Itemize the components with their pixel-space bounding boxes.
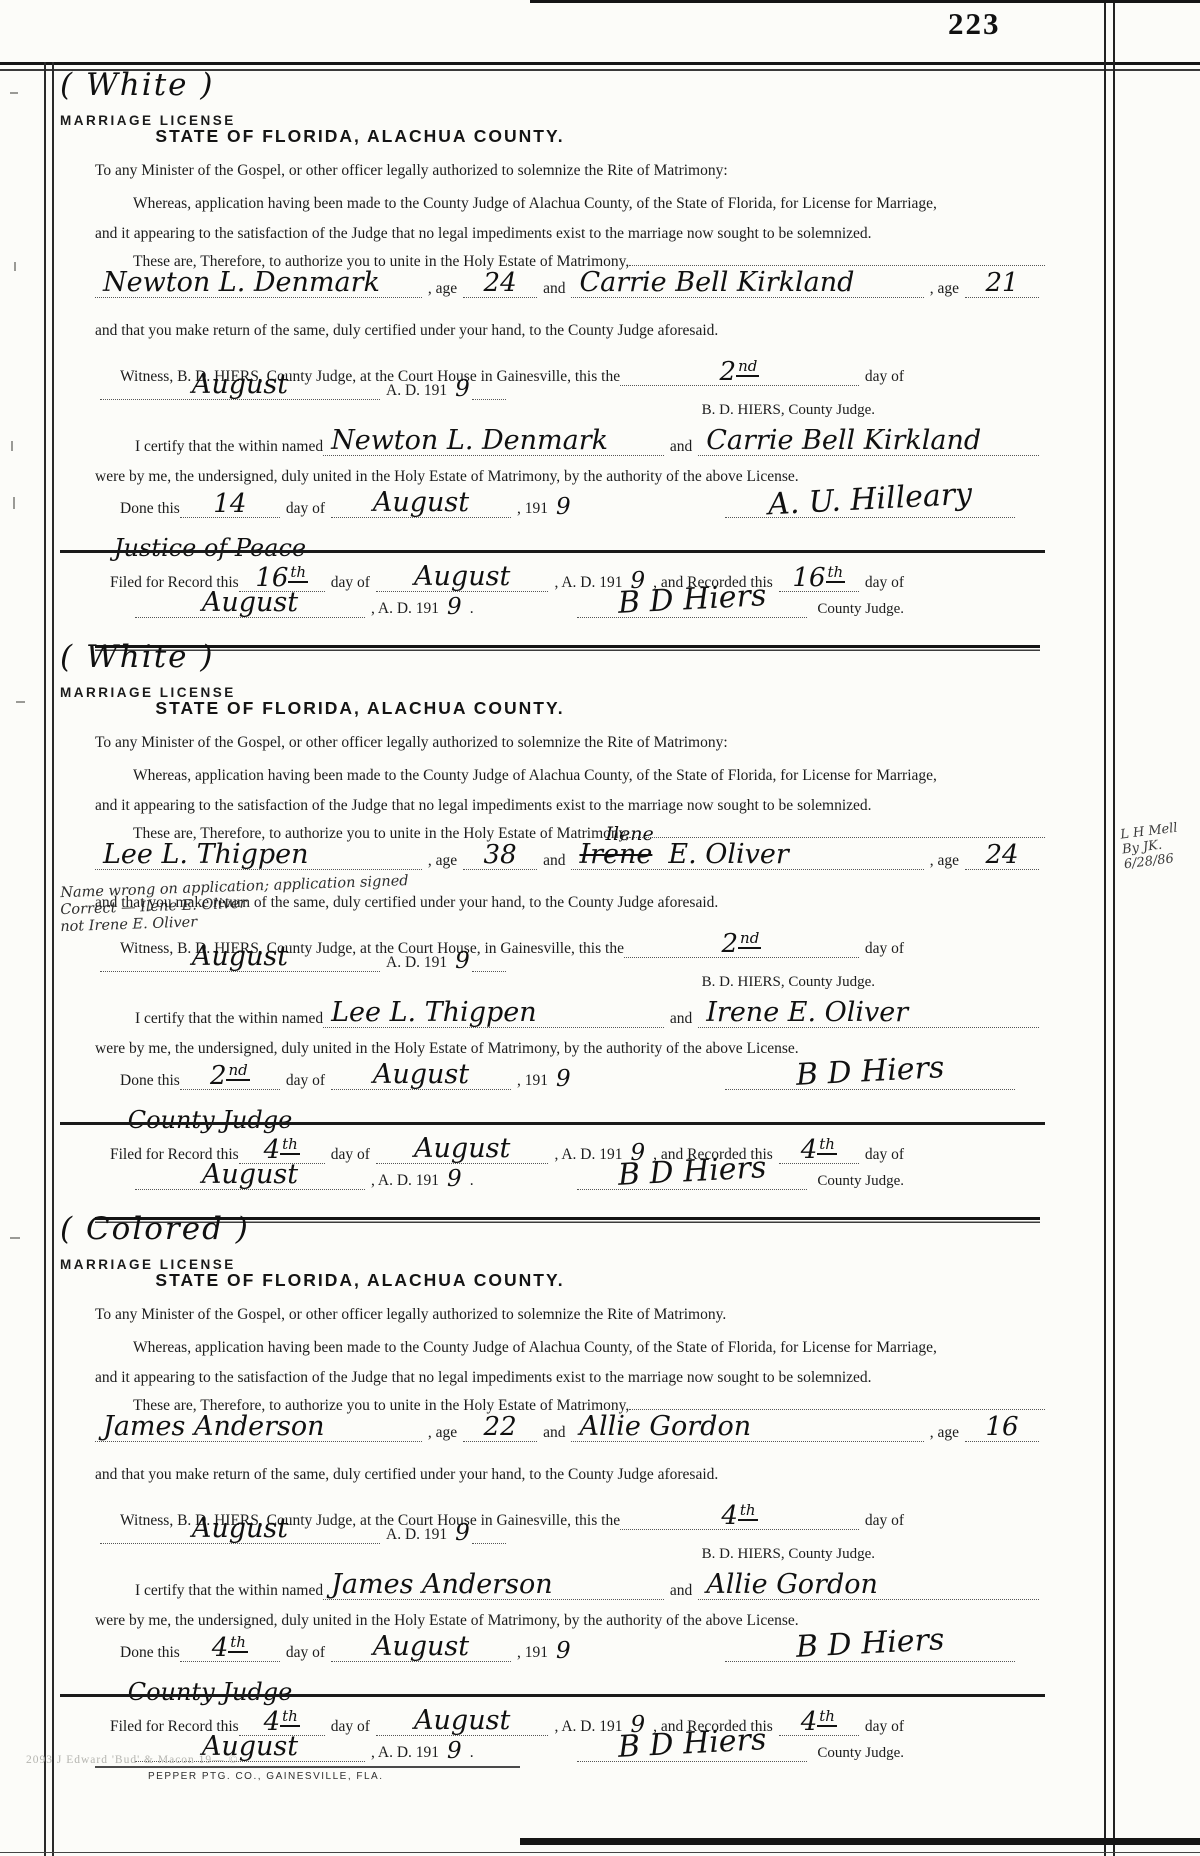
done-day-number: 4: [212, 1633, 229, 1663]
officiant-signature-cell: A. U. Hilleary: [725, 485, 1015, 518]
done-day-handwritten: 2nd: [206, 1061, 254, 1091]
and-label: and: [670, 438, 692, 456]
witness-month-handwritten: August: [100, 1515, 380, 1544]
done-row: Done this 4th day of August , 191 9 B D …: [60, 1622, 1045, 1662]
day-of-label: day of: [286, 1072, 325, 1090]
printer-imprint: PEPPER PTG. CO., GAINESVILLE, FLA.: [148, 1771, 384, 1782]
officiant-signature-handwritten: B D Hiers: [795, 1053, 945, 1093]
bride-name-handwritten: Carrie Bell Kirkland: [571, 269, 862, 297]
anno-domini-label: A. D. 191: [386, 1526, 447, 1544]
certify-label: I certify that the within named: [135, 1010, 323, 1028]
witness-month-handwritten: August: [100, 943, 380, 972]
license-title: STATE OF FLORIDA, ALACHUA COUNTY.: [60, 1270, 660, 1291]
race-annotation-handwritten: ( White ): [60, 642, 380, 673]
recorded-year-digit-handwritten: 9: [445, 1740, 464, 1763]
certify-row: I certify that the within named Newton L…: [60, 416, 1045, 456]
officiant-title-handwritten: County Judge: [60, 1680, 360, 1704]
witness-month-row: August A. D. 191 9: [60, 940, 1045, 972]
and-label: and: [670, 1010, 692, 1028]
age-label: , age: [930, 280, 959, 298]
judge-signature-handwritten: B D Hiers: [617, 1153, 767, 1193]
license-title: STATE OF FLORIDA, ALACHUA COUNTY.: [60, 126, 660, 147]
year-digit-handwritten: 9: [453, 378, 472, 401]
filed-day-suffix: th: [288, 563, 308, 583]
done-day-suffix: th: [228, 1633, 248, 1653]
marriage-license-record: MARRIAGE LICENSE STATE OF FLORIDA, ALACH…: [60, 652, 1045, 1218]
officiant-signature-cell: B D Hiers: [725, 1629, 1015, 1662]
recorded-day-suffix: th: [826, 563, 846, 583]
race-annotation-text: ( White ): [60, 67, 214, 103]
done-day-cell: 14: [180, 491, 280, 518]
recorded-day-suffix: th: [817, 1135, 837, 1155]
bride-name-cell: Allie Gordon: [571, 1413, 923, 1442]
age-label: , age: [428, 280, 457, 298]
done-day-cell: 4th: [180, 1635, 280, 1662]
return-line: and that you make return of the same, du…: [60, 1466, 1045, 1484]
filing-divider-line: [60, 550, 1045, 553]
age-label: , age: [930, 1424, 959, 1442]
marriage-license-record: MARRIAGE LICENSE STATE OF FLORIDA, ALACH…: [60, 1224, 1045, 1790]
certify-bride-handwritten: Allie Gordon: [698, 1571, 1039, 1600]
done-row: Done this 14 day of August , 191 9 A. U.…: [60, 478, 1045, 518]
anno-domini-label: , A. D. 191: [371, 1172, 439, 1190]
done-day-cell: 2nd: [180, 1063, 280, 1090]
impediments-line: and it appearing to the satisfaction of …: [60, 797, 1045, 815]
age-label: , age: [428, 1424, 457, 1442]
names-row: James Anderson , age 22 and Allie Gordon…: [60, 1404, 1045, 1442]
witness-month-handwritten: August: [100, 371, 380, 400]
done-day-number: 2: [210, 1061, 227, 1091]
county-judge-label: County Judge.: [817, 601, 904, 618]
filing-divider-line: [60, 1694, 1045, 1697]
certify-label: I certify that the within named: [135, 438, 323, 456]
recorded-month-handwritten: August: [135, 589, 365, 618]
recorded-year-digit-handwritten: 9: [445, 596, 464, 619]
witness-month-row: August A. D. 191 9: [60, 1512, 1045, 1544]
groom-age-handwritten: 24: [463, 270, 537, 298]
year-digit-handwritten: 9: [453, 1522, 472, 1545]
groom-age-handwritten: 38: [463, 842, 537, 870]
period-label: .: [470, 1744, 474, 1762]
anno-domini-label: , A. D. 191: [371, 600, 439, 618]
names-row: Newton L. Denmark , age 24 and Carrie Be…: [60, 260, 1045, 298]
officiant-signature-handwritten: A. U. Hilleary: [767, 480, 973, 523]
bride-name-handwritten: Allie Gordon: [571, 1413, 759, 1441]
period-label: .: [470, 600, 474, 618]
return-line: and that you make return of the same, du…: [60, 894, 1045, 912]
to-minister-line: To any Minister of the Gospel, or other …: [60, 162, 1045, 180]
done-row: Done this 2nd day of August , 191 9 B D …: [60, 1050, 1045, 1090]
race-annotation-handwritten: ( White ): [60, 70, 380, 101]
anno-domini-label: , A. D. 191: [371, 1744, 439, 1762]
judge-signature-handwritten: B D Hiers: [617, 1725, 767, 1765]
and-label: and: [670, 1582, 692, 1600]
impediments-line: and it appearing to the satisfaction of …: [60, 225, 1045, 243]
dotted-leader: [472, 399, 506, 400]
certify-bride-handwritten: Irene E. Oliver: [698, 999, 1039, 1028]
to-minister-line: To any Minister of the Gospel, or other …: [60, 1306, 1045, 1324]
whereas-line: Whereas, application having been made to…: [60, 767, 1045, 785]
day-of-label: day of: [286, 1644, 325, 1662]
to-minister-line: To any Minister of the Gospel, or other …: [60, 734, 1045, 752]
done-label: Done this: [120, 1072, 180, 1090]
certify-groom-handwritten: Lee L. Thigpen: [323, 999, 664, 1028]
return-line: and that you make return of the same, du…: [60, 322, 1045, 340]
bride-name-cell: Carrie Bell Kirkland: [571, 269, 923, 298]
race-annotation-handwritten: ( Colored ): [60, 1214, 380, 1245]
judge-signature-handwritten: B D Hiers: [617, 581, 767, 621]
recorded-year-digit-handwritten: 9: [445, 1168, 464, 1191]
groom-name-handwritten: James Anderson: [95, 1413, 422, 1442]
imprint-faint-note: 2093 J Edward 'Bud' & Macon 19— ©: [26, 1754, 238, 1766]
certify-groom-handwritten: James Anderson: [323, 1571, 664, 1600]
and-label: and: [543, 280, 565, 298]
and-label: and: [543, 1424, 565, 1442]
certify-bride-handwritten: Carrie Bell Kirkland: [698, 427, 1039, 456]
done-day-handwritten: 14: [209, 489, 250, 519]
filing-divider-line: [60, 1122, 1045, 1125]
dotted-leader: [472, 971, 506, 972]
marriage-license-record: MARRIAGE LICENSE STATE OF FLORIDA, ALACH…: [60, 80, 1045, 646]
filed-day-suffix: th: [280, 1135, 300, 1155]
recorded-day-suffix: th: [817, 1707, 837, 1727]
judge-signature-cell: B D Hiers: [577, 585, 807, 618]
imprint-rule: [95, 1766, 520, 1768]
judge-signature-cell: B D Hiers: [577, 1729, 807, 1762]
done-year-digit-handwritten: 9: [554, 496, 573, 519]
recorded-month-row: August , A. D. 191 9 . B D Hiers County …: [60, 582, 1045, 618]
dotted-leader: [472, 1543, 506, 1544]
done-year-label: , 191: [517, 500, 548, 518]
judge-signature-cell: B D Hiers: [577, 1157, 807, 1190]
whereas-line: Whereas, application having been made to…: [60, 195, 1045, 213]
done-year-label: , 191: [517, 1644, 548, 1662]
groom-name-handwritten: Lee L. Thigpen: [95, 841, 422, 870]
bride-name-correction: Ilene: [605, 825, 653, 844]
done-month-handwritten: August: [331, 489, 511, 518]
impediments-line: and it appearing to the satisfaction of …: [60, 1369, 1045, 1387]
officiant-title-handwritten: County Judge: [60, 1108, 360, 1132]
period-label: .: [470, 1172, 474, 1190]
bride-age-handwritten: 16: [965, 1414, 1039, 1442]
age-label: , age: [428, 852, 457, 870]
register-page: 223 MARRIAGE LICENSE STATE OF FLORIDA, A…: [0, 0, 1200, 1856]
filed-day-suffix: th: [280, 1707, 300, 1727]
county-judge-label: County Judge.: [817, 1173, 904, 1190]
margin-annotation: L H Mell By JK. 6/28/86: [1119, 821, 1182, 873]
groom-name-handwritten: Newton L. Denmark: [95, 269, 422, 298]
race-annotation-text: ( White ): [60, 639, 214, 675]
done-year-digit-handwritten: 9: [554, 1068, 573, 1091]
groom-age-handwritten: 22: [463, 1414, 537, 1442]
done-label: Done this: [120, 500, 180, 518]
officiant-signature-cell: B D Hiers: [725, 1057, 1015, 1090]
whereas-line: Whereas, application having been made to…: [60, 1339, 1045, 1357]
done-day-handwritten: 4th: [208, 1633, 252, 1663]
certify-row: I certify that the within named James An…: [60, 1560, 1045, 1600]
done-year-label: , 191: [517, 1072, 548, 1090]
done-day-number: 14: [213, 489, 246, 519]
day-of-label: day of: [286, 500, 325, 518]
anno-domini-label: A. D. 191: [386, 382, 447, 400]
certify-label: I certify that the within named: [135, 1582, 323, 1600]
done-label: Done this: [120, 1644, 180, 1662]
done-month-handwritten: August: [331, 1633, 511, 1662]
done-year-digit-handwritten: 9: [554, 1640, 573, 1663]
done-day-suffix: nd: [226, 1061, 249, 1081]
certify-groom-handwritten: Newton L. Denmark: [323, 427, 664, 456]
county-judge-label: County Judge.: [817, 1745, 904, 1762]
officiant-signature-handwritten: B D Hiers: [795, 1625, 945, 1665]
bride-age-handwritten: 21: [965, 270, 1039, 298]
witness-month-row: August A. D. 191 9: [60, 368, 1045, 400]
year-digit-handwritten: 9: [453, 950, 472, 973]
anno-domini-label: A. D. 191: [386, 954, 447, 972]
license-records-container: MARRIAGE LICENSE STATE OF FLORIDA, ALACH…: [0, 0, 1200, 1856]
recorded-month-row: August , A. D. 191 9 . B D Hiers County …: [60, 1154, 1045, 1190]
officiant-title-handwritten: Justice of Peace: [60, 536, 360, 560]
license-title: STATE OF FLORIDA, ALACHUA COUNTY.: [60, 698, 660, 719]
recorded-month-handwritten: August: [135, 1161, 365, 1190]
certify-row: I certify that the within named Lee L. T…: [60, 988, 1045, 1028]
race-annotation-text: ( Colored ): [60, 1211, 250, 1247]
done-month-handwritten: August: [331, 1061, 511, 1090]
